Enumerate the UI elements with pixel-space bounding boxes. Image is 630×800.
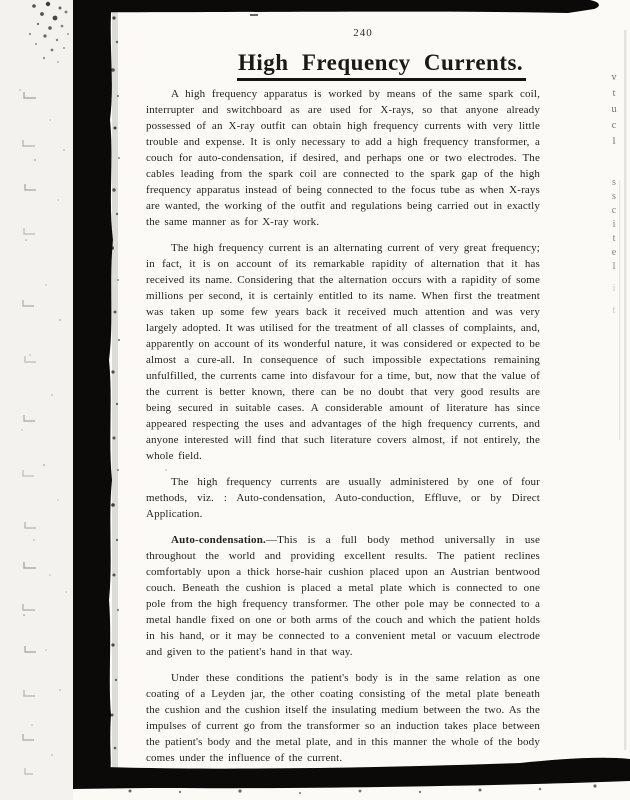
body-text: A high frequency apparatus is worked by …: [146, 86, 540, 776]
edge-letter: c: [605, 118, 623, 134]
paragraph-history: The high frequency current is an alterna…: [146, 240, 540, 464]
paragraph-intro: A high frequency apparatus is worked by …: [146, 86, 540, 230]
paragraph-auto-condensation: Auto-condensation.—This is a full body m…: [146, 532, 540, 660]
scanned-book-page: 240 High Frequency Currents. A high freq…: [0, 0, 630, 800]
edge-letter: v: [605, 70, 623, 86]
edge-letter: l: [605, 260, 623, 274]
edge-letter: l: [605, 134, 623, 150]
page-number: 240: [338, 27, 388, 39]
edge-letter: t: [605, 232, 623, 246]
page-title: High Frequency Currents.: [237, 50, 526, 81]
edge-letter: i: [605, 282, 623, 296]
paragraph-leyden: Under these conditions the patient's bod…: [146, 670, 540, 766]
margin-page-edge-marks: [23, 92, 36, 774]
top-edge-shadow: [73, 0, 599, 16]
edge-letter: i: [605, 218, 623, 232]
book-gutter-shadow: [73, 0, 120, 774]
paragraph-text: —This is a full body method universally …: [146, 534, 540, 658]
edge-letter: t: [605, 86, 623, 102]
edge-letter: c: [605, 204, 623, 218]
paragraph-methods: The high frequency currents are usually …: [146, 474, 540, 522]
edge-letter: e: [605, 246, 623, 260]
edge-letter: t: [605, 304, 623, 318]
edge-letter: u: [605, 102, 623, 118]
noise-speckles-topleft: [29, 2, 69, 63]
facing-page-text-fragments: v t u c l s s c i t e l i t: [605, 70, 623, 318]
gutter-fade: [112, 0, 118, 774]
paragraph-lead: Auto-condensation.: [171, 534, 266, 546]
edge-letter: s: [605, 176, 623, 190]
edge-letter: s: [605, 190, 623, 204]
